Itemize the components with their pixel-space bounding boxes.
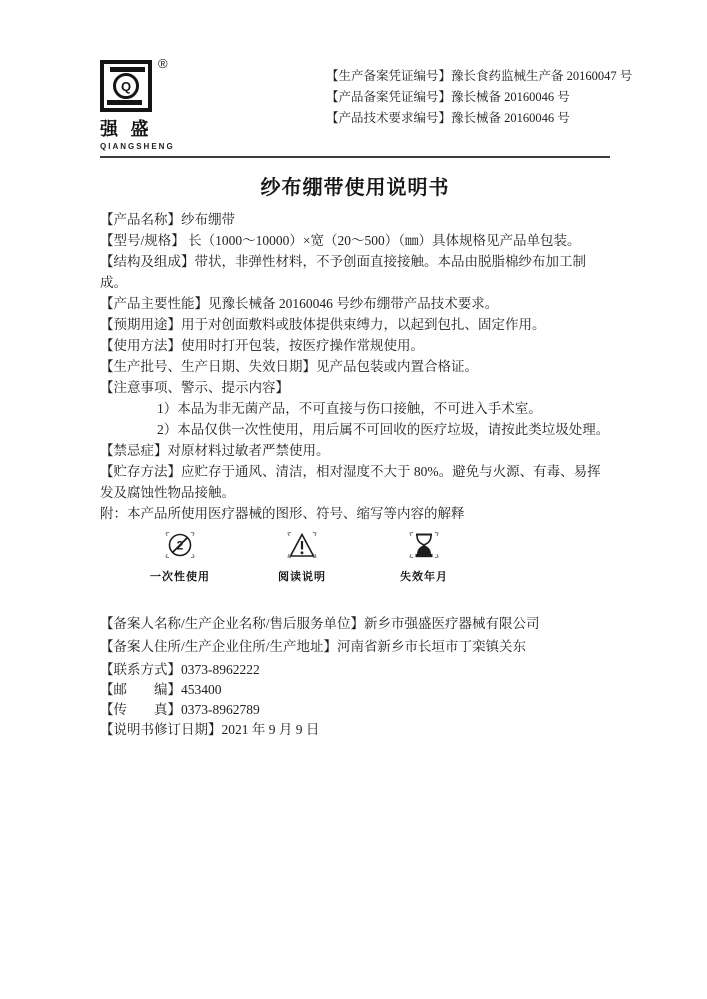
expiry-hourglass-icon: [406, 530, 442, 562]
registration-numbers: 【生产备案凭证编号】豫长食药监械生产备 20160047 号 【产品备案凭证编号…: [326, 66, 610, 129]
product-record-number: 【产品备案凭证编号】豫长械备 20160046 号: [326, 87, 610, 108]
brand-logo: Q ® 强 盛 QIANGSHENG: [100, 60, 320, 151]
caution-icon: [284, 530, 320, 562]
symbol-label-expiry: 失效年月: [379, 568, 469, 584]
field-contraindication: 【禁忌症】对原材料过敏者严禁使用。: [100, 440, 610, 461]
field-product-name: 【产品名称】纱布绷带: [100, 209, 610, 230]
instruction-leaflet-page: Q ® 强 盛 QIANGSHENG 【生产备案凭证编号】豫长食药监械生产备 2…: [0, 0, 707, 999]
symbol-expiry: 失效年月: [379, 530, 469, 584]
logo-bottom-bar: [107, 100, 142, 105]
symbol-single-use: 2 一次性使用: [135, 530, 225, 584]
symbols-row: 2 一次性使用 阅读说明: [100, 530, 610, 584]
symbol-label-single-use: 一次性使用: [135, 568, 225, 584]
page-content: Q ® 强 盛 QIANGSHENG 【生产备案凭证编号】豫长食药监械生产备 2…: [0, 0, 707, 740]
precaution-item-2: 2）本品仅供一次性使用，用后属不可回收的医疗垃圾，请按此类垃圾处理。: [100, 419, 610, 440]
field-phone: 【联系方式】0373-8962222: [100, 660, 610, 680]
field-fax: 【传 真】0373-8962789: [100, 700, 610, 720]
symbol-caution: 阅读说明: [257, 530, 347, 584]
precaution-item-1: 1）本品为非无菌产品，不可直接与伤口接触，不可进入手术室。: [100, 398, 610, 419]
header-divider: [100, 156, 610, 158]
technical-requirement-number: 【产品技术要求编号】豫长械备 20160046 号: [326, 108, 610, 129]
field-batch-dates: 【生产批号、生产日期、失效日期】见产品包装或内置合格证。: [100, 356, 610, 377]
field-registrant-name: 【备案人名称/生产企业名称/售后服务单位】新乡市强盛医疗器械有限公司: [100, 614, 610, 634]
field-structure: 【结构及组成】带状，非弹性材料，不予创面直接接触。本品由脱脂棉纱布加工制成。: [100, 251, 610, 293]
logo-top-bar: [110, 67, 145, 72]
field-performance: 【产品主要性能】见豫长械备 20160046 号纱布绷带产品技术要求。: [100, 293, 610, 314]
field-address: 【备案人住所/生产企业住所/生产地址】河南省新乡市长垣市丁栾镇关东: [100, 637, 610, 657]
field-intended-use: 【预期用途】用于对创面敷料或肢体提供束缚力，以起到包扎、固定作用。: [100, 314, 610, 335]
page-title: 纱布绷带使用说明书: [100, 171, 610, 200]
header: Q ® 强 盛 QIANGSHENG 【生产备案凭证编号】豫长食药监械生产备 2…: [100, 60, 610, 151]
symbol-label-caution: 阅读说明: [257, 568, 347, 584]
field-storage: 【贮存方法】应贮存于通风、清洁，相对湿度不大于 80%。避免与火源、有毒、易挥发…: [100, 461, 610, 503]
qiangsheng-logo-icon: Q: [100, 60, 152, 112]
brand-name-en: QIANGSHENG: [100, 142, 320, 151]
field-usage: 【使用方法】使用时打开包装，按医疗操作常规使用。: [100, 335, 610, 356]
footer-info: 【备案人名称/生产企业名称/售后服务单位】新乡市强盛医疗器械有限公司 【备案人住…: [100, 614, 610, 740]
logo-monogram: Q: [113, 73, 139, 99]
field-precautions: 【注意事项、警示、提示内容】: [100, 377, 610, 398]
body-text: 【产品名称】纱布绷带 【型号/规格】 长（1000～10000）×宽（20～50…: [100, 209, 610, 524]
logo-wrap: Q ®: [100, 60, 170, 112]
field-model-spec: 【型号/规格】 长（1000～10000）×宽（20～500）（㎜）具体规格见产…: [100, 230, 610, 251]
brand-name-cn: 强 盛: [100, 115, 320, 141]
registered-trademark-icon: ®: [158, 56, 168, 71]
do-not-reuse-icon: 2: [162, 530, 198, 562]
field-postcode: 【邮 编】453400: [100, 680, 610, 700]
symbols-note: 附：本产品所使用医疗器械的图形、符号、缩写等内容的解释: [100, 503, 610, 524]
field-revision-date: 【说明书修订日期】2021 年 9 月 9 日: [100, 720, 610, 740]
production-record-number: 【生产备案凭证编号】豫长食药监械生产备 20160047 号: [326, 66, 610, 87]
